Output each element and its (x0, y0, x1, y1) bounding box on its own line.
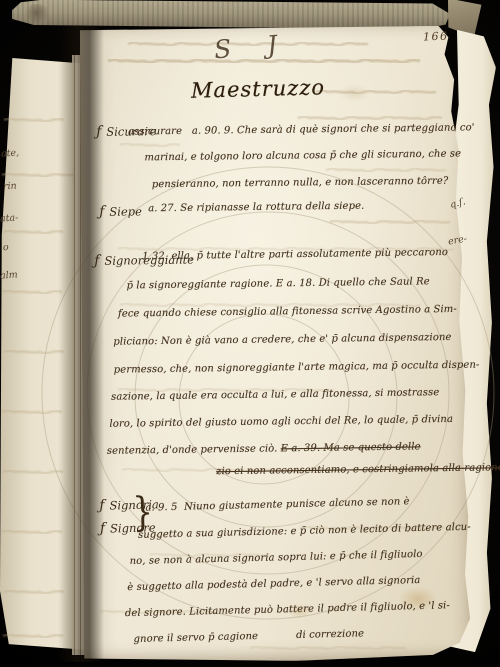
line-text: marinai, e tolgono loro alcuna cosa p̄ c… (144, 148, 461, 163)
line-text: sentenzia, d'onde pervenisse ciò. (107, 443, 281, 456)
struck-text: E a. 39. Ma se questo delle (281, 441, 421, 454)
line-text: fece quando chiese consiglio alla fitone… (118, 304, 457, 320)
glossary-entry: ƒSignoriaƒSignore}a. 9. 5 Niuno giustame… (0, 482, 500, 494)
manuscript-line: 1.32. ella, p̄ tutte l'altre parti assol… (142, 247, 448, 262)
manuscript-line: è suggetto alla podestà del padre, e 'l … (127, 575, 420, 593)
right-edge-text-fragment: ere- (447, 233, 468, 247)
manuscript-line: permesso, che, non signoreggiante l'arte… (114, 360, 480, 376)
manuscript-line: fece quando chiese consiglio alla fitone… (118, 304, 457, 320)
paragraph-mark-icon: ƒ (99, 204, 104, 220)
left-page-text-fragment: alm (0, 269, 18, 281)
manuscript-line: zio ei non acconsentiamo, e costringiamo… (216, 462, 500, 477)
line-text: permesso, che, non signoreggiante l'arte… (114, 360, 480, 376)
manuscript-line: suggetto a sua giurisdizione: e p̄ ciò n… (138, 522, 471, 541)
struck-text: zio ei non acconsentiamo, e costringiamo… (216, 462, 500, 477)
page-title: Maestruzzo (178, 75, 339, 103)
manuscript-line: assicurare a. 90. 9. Che sarà di què sig… (128, 122, 475, 137)
glossary-entry: ƒSicurareassicurare a. 90. 9. Che sarà d… (0, 115, 500, 121)
line-text: p̄ la signoreggiante ragione. E a. 18. D… (127, 276, 430, 291)
line-text: è suggetto alla podestà del padre, e 'l … (127, 575, 420, 593)
manuscript-line: a. 9. 5 Niuno giustamente punisce alcuno… (145, 496, 409, 513)
left-page-text-fragment: rin (3, 181, 17, 193)
manuscript-line: sentenzia, d'onde pervenisse ciò. E a. 3… (107, 441, 421, 456)
right-edge-text-fragment: q.ſ. (449, 196, 467, 210)
line-text: sazione, la quale era occulta a lui, e a… (111, 387, 439, 403)
left-page-text-fragment: o (3, 242, 9, 253)
manuscript-line: del signore. Licitamente può battere il … (125, 600, 450, 619)
line-text: pensieranno, non terranno nulla, e non l… (152, 176, 449, 191)
left-page-text-fragment: ate, (1, 147, 20, 159)
paragraph-mark-icon: ƒ (94, 253, 99, 269)
entry-term-row: ƒSiepe (99, 203, 142, 220)
manuscript-line: sazione, la quale era occulta a lui, e a… (111, 387, 439, 403)
line-text: del signore. Licitamente può battere il … (125, 600, 450, 619)
glossary-entry: ƒSiepea. 27. Se ripianasse la rottura de… (0, 191, 500, 197)
line-text: no, se non à alcuna signoria sopra lui: … (130, 549, 423, 567)
manuscript-line: gnore il servo p̄ cagionedi correzione (133, 628, 364, 645)
manuscript-line: pliciano: Non è già vano a credere, che … (113, 332, 451, 348)
paragraph-mark-icon: ƒ (100, 521, 106, 537)
left-page-text-fragment: ata- (0, 212, 19, 224)
line-text: a. 9. 5 Niuno giustamente punisce alcuno… (145, 496, 409, 513)
section-flourish: S J (213, 29, 292, 65)
line-text: di correzione (296, 628, 364, 641)
manuscript-line: no, se non à alcuna signoria sopra lui: … (130, 549, 423, 567)
manuscript-line: loro, lo spirito del giusto uomo agli oc… (109, 414, 453, 430)
line-text: gnore il servo p̄ cagione (133, 631, 258, 645)
paragraph-mark-icon: ƒ (99, 498, 105, 514)
line-text: 1.32. ella, p̄ tutte l'altre parti assol… (142, 247, 448, 262)
folio-number: 166 (423, 30, 449, 44)
line-text: suggetto a sua giurisdizione: e p̄ ciò n… (138, 522, 471, 541)
entry-term: Siepe (109, 204, 142, 218)
line-text: pliciano: Non è già vano a credere, che … (113, 332, 451, 348)
manuscript-line: a. 27. Se ripianasse la rottura della si… (148, 201, 364, 215)
line-text: loro, lo spirito del giusto uomo agli oc… (109, 414, 453, 430)
ink-layer: 166 S J Maestruzzo ƒSicurareassicurare a… (0, 0, 500, 667)
manuscript-line: pensieranno, non terranno nulla, e non l… (152, 176, 449, 191)
manuscript-photo: 166 S J Maestruzzo ƒSicurareassicurare a… (0, 0, 500, 667)
line-text: assicurare a. 90. 9. Che sarà di què sig… (128, 122, 475, 137)
manuscript-line: p̄ la signoreggiante ragione. E a. 18. D… (127, 276, 430, 291)
manuscript-line: marinai, e tolgono loro alcuna cosa p̄ c… (144, 148, 461, 163)
paragraph-mark-icon: ƒ (96, 124, 101, 140)
glossary-entry: ƒSignoreggiante1.32. ella, p̄ tutte l'al… (0, 238, 500, 245)
line-text: a. 27. Se ripianasse la rottura della si… (148, 201, 364, 215)
